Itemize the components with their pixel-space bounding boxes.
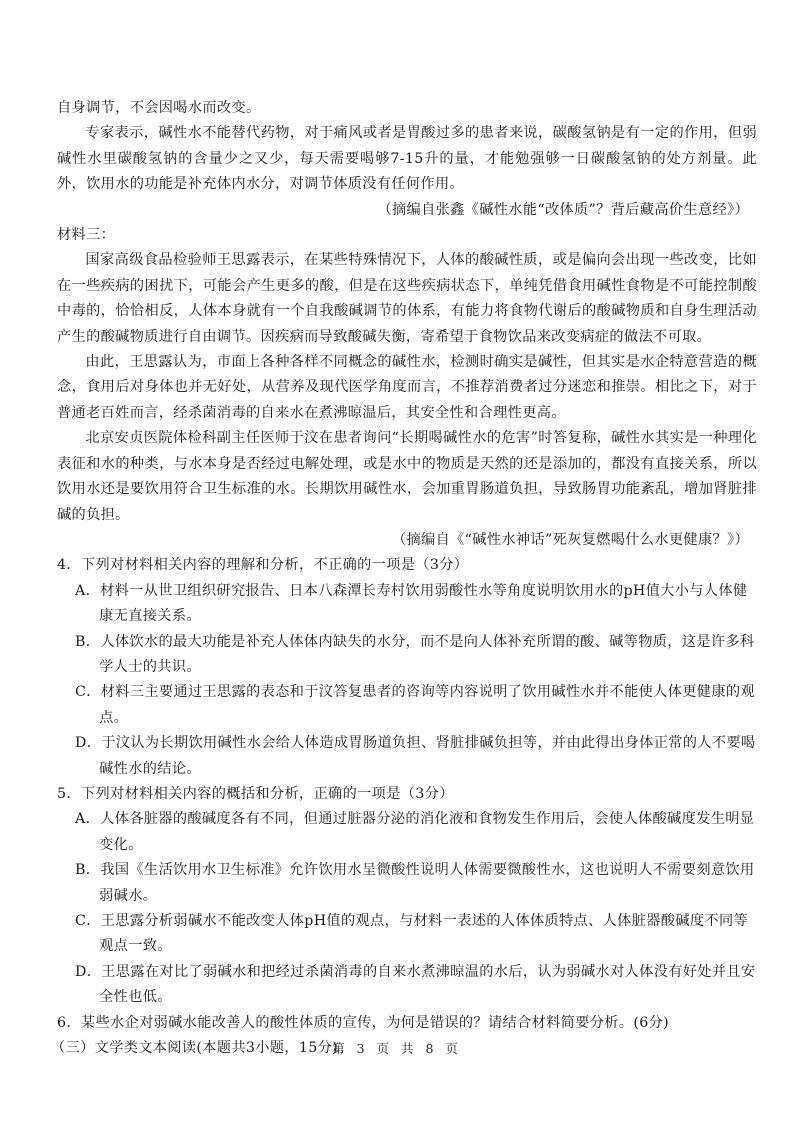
- material2-paragraph: 专家表示，碱性水不能替代药物，对于痛风或者是胃酸过多的患者来说，碳酸氢钠是有一定…: [57, 121, 757, 197]
- question-4: 4．下列对材料相关内容的理解和分析，不正确的一项是（3分） A．材料一从世卫组织…: [57, 553, 757, 782]
- continuation-text: 自身调节，不会因喝水而改变。: [57, 96, 757, 121]
- question-4-option-c: C．材料三主要通过王思露的表态和于汶答复患者的咨询等内容说明了饮用碱性水并不能使…: [75, 680, 757, 731]
- page-content: 自身调节，不会因喝水而改变。 专家表示，碱性水不能替代药物，对于痛风或者是胃酸过…: [57, 96, 757, 1061]
- material3-source: （摘编自《“碱性水神话”死灰复燃喝什么水更健康？》）: [57, 528, 757, 553]
- question-6: 6．某些水企对弱碱水能改善人的酸性体质的宣传，为何是错误的？请结合材料简要分析。…: [57, 1011, 757, 1036]
- question-5: 5．下列对材料相关内容的概括和分析，正确的一项是（3分） A．人体各脏器的酸碱度…: [57, 782, 757, 1011]
- question-4-option-a: A．材料一从世卫组织研究报告、日本八森潭长寿村饮用弱酸性水等角度说明饮用水的pH…: [75, 579, 757, 630]
- question-6-stem: 6．某些水企对弱碱水能改善人的酸性体质的宣传，为何是错误的？请结合材料简要分析。…: [57, 1011, 757, 1036]
- question-5-option-c: C．王思露分析弱碱水不能改变人体pH值的观点，与材料一表述的人体体质特点、人体脏…: [75, 909, 757, 960]
- question-5-option-b: B．我国《生活饮用水卫生标准》允许饮用水呈微酸性说明人体需要微酸性水，这也说明人…: [75, 858, 757, 909]
- exam-page: 自身调节，不会因喝水而改变。 专家表示，碱性水不能替代药物，对于痛风或者是胃酸过…: [0, 0, 794, 1122]
- material3-paragraph-2: 由此，王思露认为，市面上各种各样不同概念的碱性水，检测时确实是碱性，但其实是水企…: [57, 350, 757, 426]
- material2-source: （摘编自张鑫《碱性水能“改体质”？背后藏高价生意经》）: [57, 198, 757, 223]
- page-footer: 第 3 页 共 8 页: [0, 1039, 794, 1057]
- question-4-option-b: B．人体饮水的最大功能是补充人体体内缺失的水分，而不是向人体补充所谓的酸、碱等物…: [75, 630, 757, 681]
- material3-paragraph-1: 国家高级食品检验师王思露表示，在某些特殊情况下，人体的酸碱性质，或是偏向会出现一…: [57, 248, 757, 350]
- question-5-option-a: A．人体各脏器的酸碱度各有不同，但通过脏器分泌的消化液和食物发生作用后，会使人体…: [75, 807, 757, 858]
- material3-heading: 材料三：: [57, 223, 757, 248]
- question-4-stem: 4．下列对材料相关内容的理解和分析，不正确的一项是（3分）: [57, 553, 757, 578]
- question-4-option-d: D．于汶认为长期饮用碱性水会给人体造成胃肠道负担、肾脏排碱负担等，并由此得出身体…: [75, 731, 757, 782]
- question-5-stem: 5．下列对材料相关内容的概括和分析，正确的一项是（3分）: [57, 782, 757, 807]
- material3-paragraph-3: 北京安贞医院体检科副主任医师于汶在患者询问“长期喝碱性水的危害”时答复称，碱性水…: [57, 426, 757, 528]
- question-5-option-d: D．王思露在对比了弱碱水和把经过杀菌消毒的自来水煮沸晾温的水后，认为弱碱水对人体…: [75, 960, 757, 1011]
